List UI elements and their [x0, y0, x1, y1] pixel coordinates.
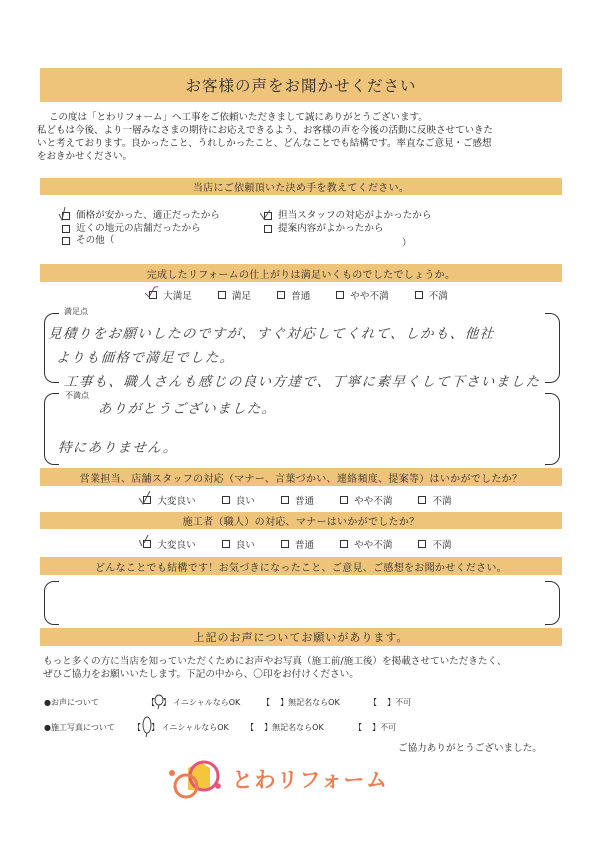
choice-label: 不可 — [395, 698, 411, 707]
dissatisfied-handwriting: 特にありません。 — [57, 436, 178, 456]
q3-option-very-good[interactable]: 大変良い — [143, 493, 195, 507]
option-label: 不満 — [429, 288, 448, 302]
choice-label: イニシャルならOK — [162, 723, 229, 732]
checkbox[interactable] — [62, 237, 70, 245]
option-label: その他（ — [76, 235, 114, 248]
consent-choice-anonymous[interactable]: 【 】無記名ならOK — [246, 722, 354, 733]
satisfied-handwriting-line-1: 見積りをお願いしたのですが、すぐ対応してくれて、しかも、他社 — [47, 322, 495, 342]
q2-option-satisfied[interactable]: 満足 — [218, 288, 251, 302]
option-label: 良い — [236, 493, 255, 507]
option-label: 満足 — [232, 288, 251, 302]
consent-row-photos: ●施工写真について 【 】 イニシャルならOK 【 】無記名ならOK 【 】不可 — [44, 722, 396, 733]
intro-line-4: をおきかせください。 — [37, 150, 557, 163]
option-label: 不満 — [432, 537, 451, 551]
q3-rating: 大変良い 良い 普通 やや不満 不満 — [0, 493, 595, 507]
checkbox[interactable] — [143, 540, 151, 548]
consent-choice-initial[interactable]: 【 】 イニシャルならOK — [133, 722, 246, 733]
circle-mark-icon — [154, 694, 164, 710]
check-mark-icon — [145, 286, 159, 300]
choice-label: イニシャルならOK — [173, 698, 240, 707]
option-label: 良い — [236, 537, 255, 551]
check-mark-icon — [139, 491, 153, 505]
check-mark-icon — [58, 207, 72, 221]
consent-row-label: ●施工写真について — [44, 722, 133, 733]
q4-option-very-good[interactable]: 大変良い — [143, 537, 195, 551]
q2-option-neutral[interactable]: 普通 — [277, 288, 310, 302]
option-label: 普通 — [295, 537, 314, 551]
checkbox[interactable] — [218, 291, 226, 299]
comments-answer-box[interactable] — [44, 581, 560, 625]
form-title: お客様の声をお聞かせください — [40, 68, 562, 102]
option-label: 提案内容がよかったから — [278, 223, 384, 236]
logo-mark-icon — [166, 756, 226, 802]
q3-option-good[interactable]: 良い — [222, 493, 255, 507]
q5-header: どんなことでも結構です！お気づきになったこと、ご意見、ご感想をお聞かせください。 — [40, 557, 562, 575]
satisfied-handwriting-line-4: ありがとうございました。 — [97, 397, 277, 417]
request-header: 上記のお声についてお願いがあります。 — [40, 628, 562, 646]
satisfied-handwriting-line-2: よりも価格で満足でした。 — [55, 346, 235, 366]
option-label: 普通 — [295, 493, 314, 507]
choice-label: 無記名ならOK — [272, 723, 324, 732]
satisfied-handwriting-line-3: 工事も、職人さんも感じの良い方達で、丁寧に素早くして下さいました — [63, 370, 541, 390]
intro-text: この度は「とわリフォーム」へ工事をご依頼いただきまして誠にありがとうございます。… — [37, 111, 557, 163]
q4-option-neutral[interactable]: 普通 — [281, 537, 314, 551]
q3-option-dissatisfied[interactable]: 不満 — [418, 493, 451, 507]
q2-rating: 大満足 満足 普通 やや不満 不満 — [0, 288, 595, 302]
consent-choice-decline[interactable]: 【 】不可 — [354, 722, 396, 733]
intro-line-1: この度は「とわリフォーム」へ工事をご依頼いただきまして誠にありがとうございます。 — [37, 111, 557, 124]
option-label: 普通 — [291, 288, 310, 302]
option-label: 大満足 — [163, 288, 192, 302]
thanks-text: ご協力ありがとうございました。 — [398, 740, 542, 754]
checkbox[interactable] — [340, 496, 348, 504]
satisfied-label: 満足点 — [64, 306, 88, 317]
checkbox[interactable] — [149, 291, 157, 299]
q1-left-options: 価格が安かった、適正だったから 近くの地元の店舗だったから その他（ — [62, 210, 220, 248]
choice-label: 不可 — [380, 723, 396, 732]
checkbox[interactable] — [62, 212, 70, 220]
q4-rating: 大変良い 良い 普通 やや不満 不満 — [0, 537, 595, 551]
request-line-2: ぜひご協力をお願いいたします。下記の中から、〇印をお付けください。 — [43, 668, 563, 681]
option-label: 近くの地元の店舗だったから — [76, 223, 201, 236]
q4-option-dissatisfied[interactable]: 不満 — [418, 537, 451, 551]
check-mark-icon — [260, 207, 274, 221]
checkbox[interactable] — [222, 540, 230, 548]
checkbox[interactable] — [340, 540, 348, 548]
checkbox[interactable] — [415, 291, 423, 299]
company-logo: とわリフォーム — [166, 756, 388, 802]
checkbox[interactable] — [143, 496, 151, 504]
q1-option-price[interactable]: 価格が安かった、適正だったから — [62, 210, 220, 223]
q3-option-somewhat-dissatisfied[interactable]: やや不満 — [340, 493, 392, 507]
q4-header: 施工者（職人）の対応、マナーはいかがでしたか？ — [40, 512, 562, 529]
checkbox[interactable] — [62, 225, 70, 233]
checkbox[interactable] — [336, 291, 344, 299]
q1-right-options: 担当スタッフの対応がよかったから 提案内容がよかったから — [264, 210, 432, 235]
q2-option-somewhat-dissatisfied[interactable]: やや不満 — [336, 288, 388, 302]
q2-option-very-satisfied[interactable]: 大満足 — [149, 288, 192, 302]
q2-option-dissatisfied[interactable]: 不満 — [415, 288, 448, 302]
q1-header: 当店にご依頼頂いた決め手を教えてください。 — [40, 178, 562, 195]
q4-option-good[interactable]: 良い — [222, 537, 255, 551]
intro-line-3: いと考えております。良かったこと、うれしかったこと、どんなことでも結構です。率直… — [37, 137, 557, 150]
consent-choice-anonymous[interactable]: 【 】無記名ならOK — [262, 697, 369, 708]
checkbox[interactable] — [277, 291, 285, 299]
option-label: 大変良い — [157, 493, 195, 507]
other-close-paren: ） — [402, 235, 412, 249]
choice-label: 無記名ならOK — [288, 698, 340, 707]
checkbox[interactable] — [418, 540, 426, 548]
option-label: やや不満 — [350, 288, 388, 302]
circle-mark-icon — [142, 716, 152, 738]
q3-header: 営業担当、店舗スタッフの対応（マナー、言葉づかい、連絡頻度、提案等）はいかがでし… — [40, 468, 562, 486]
option-label: 大変良い — [157, 537, 195, 551]
q1-option-proposal[interactable]: 提案内容がよかったから — [264, 223, 432, 236]
option-label: 不満 — [432, 493, 451, 507]
consent-choice-initial[interactable]: 【 】 イニシャルならOK — [147, 697, 262, 708]
intro-line-2: 私どもは今後、より一層みなさまの期待にお応えできるよう、お客様の声を今後の活動に… — [37, 124, 557, 137]
q1-option-staff[interactable]: 担当スタッフの対応がよかったから — [264, 210, 432, 223]
q3-option-neutral[interactable]: 普通 — [281, 493, 314, 507]
q1-option-other[interactable]: その他（ — [62, 235, 220, 248]
request-line-1: もっと多くの方に当店を知っていただくためにお声やお写真（施工前/施工後）を掲載さ… — [43, 655, 563, 668]
logo-text: とわリフォーム — [232, 764, 388, 794]
checkbox[interactable] — [418, 496, 426, 504]
dissatisfied-label: 不満点 — [64, 390, 90, 401]
check-mark-icon — [139, 535, 153, 549]
checkbox[interactable] — [222, 496, 230, 504]
option-label: 価格が安かった、適正だったから — [76, 210, 220, 223]
request-text: もっと多くの方に当店を知っていただくためにお声やお写真（施工前/施工後）を掲載さ… — [43, 655, 563, 681]
option-label: やや不満 — [354, 537, 392, 551]
checkbox[interactable] — [281, 540, 289, 548]
consent-row-voice: ●お声について 【 】 イニシャルならOK 【 】無記名ならOK 【 】不可 — [44, 697, 411, 708]
checkbox[interactable] — [281, 496, 289, 504]
checkbox[interactable] — [264, 212, 272, 220]
option-label: やや不満 — [354, 493, 392, 507]
option-label: 担当スタッフの対応がよかったから — [278, 210, 432, 223]
consent-row-label: ●お声について — [44, 697, 147, 708]
q1-option-local-store[interactable]: 近くの地元の店舗だったから — [62, 223, 220, 236]
q2-header: 完成したリフォームの仕上がりは満足いくものでしたでしょうか。 — [40, 264, 562, 282]
checkbox[interactable] — [264, 225, 272, 233]
consent-choice-decline[interactable]: 【 】不可 — [369, 697, 411, 708]
q4-option-somewhat-dissatisfied[interactable]: やや不満 — [340, 537, 392, 551]
